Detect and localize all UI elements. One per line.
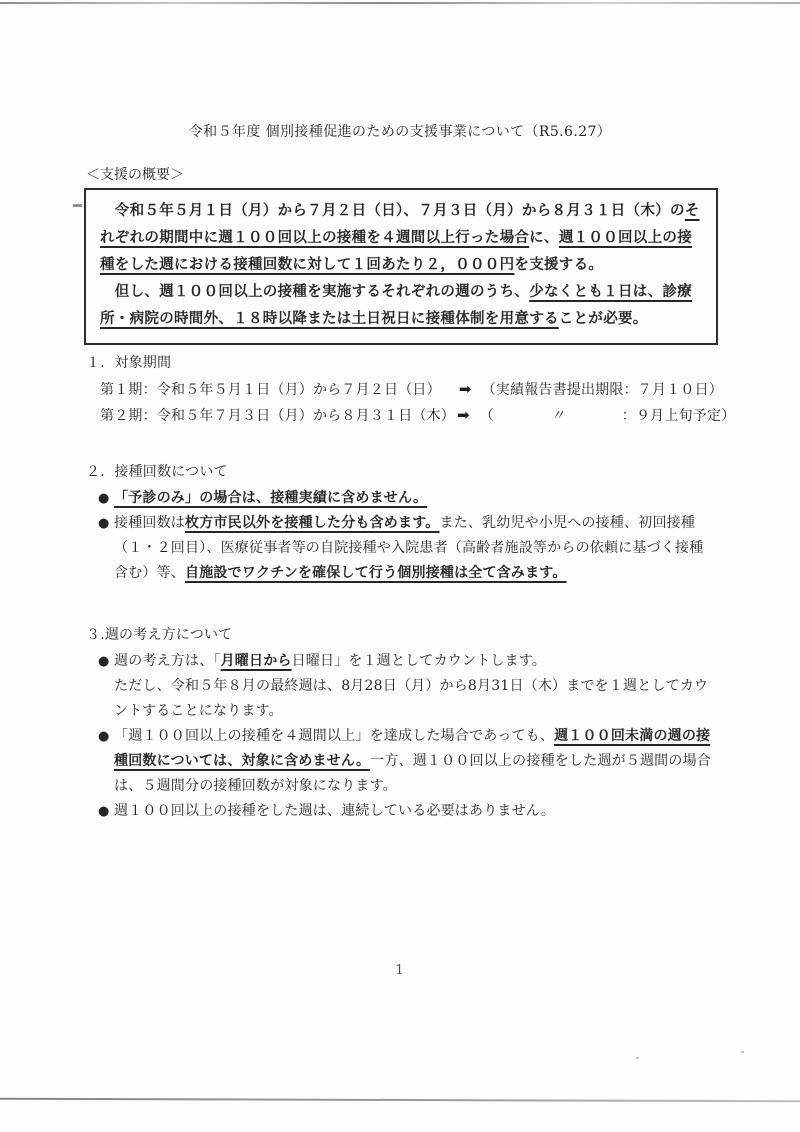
bullet-icon: ● bbox=[98, 649, 110, 674]
period-1-range: 第１期：令和５年５月１日（月）から７月２日（日） bbox=[100, 382, 441, 398]
bullet-text: 週の考え方は、「 bbox=[114, 653, 221, 669]
section-week-definition: ３.週の考え方について ●週の考え方は、「月曜日から日曜日」を１週としてカウント… bbox=[86, 623, 716, 824]
period-1-deadline: （実績報告書提出期限：７月１０日） bbox=[482, 382, 723, 398]
list-item: ●「週１００回以上の接種を４週間以上」を達成した場合であっても、週１００回未満の… bbox=[99, 724, 716, 799]
bullet-continuation-text: ただし、令和５年８月の最終週は、8月28日（月）から8月31日（木）までを１週と… bbox=[114, 674, 716, 724]
period-line-1: 第１期：令和５年５月１日（月）から７月２日（日）➡（実績報告書提出期限：７月１０… bbox=[86, 377, 716, 403]
section-1-heading: １．対象期間 bbox=[86, 351, 716, 376]
overview-paragraph-2: 但し、週１００回以上の接種を実施するそれぞれの週のうち、少なくとも１日は、診療所… bbox=[100, 278, 702, 332]
section-vaccination-counts: ２．接種回数について ●「予診のみ」の場合は、接種実績に含めません。 ●接種回数… bbox=[86, 460, 716, 586]
overview-text: 令和５年５月１日（月）から７月２日（日）、７月３日（月）から８月３１日（木）の bbox=[100, 202, 685, 219]
overview-text: を支援する。 bbox=[514, 256, 603, 273]
bullet-list: ●「予診のみ」の場合は、接種実績に含めません。 ●接種回数は枚方市民以外を接種し… bbox=[86, 486, 716, 586]
scan-speck bbox=[741, 1051, 744, 1053]
bullet-text: 週１００回以上の接種をした週は、連続している必要はありません。 bbox=[114, 803, 555, 819]
section-3-heading: ３.週の考え方について bbox=[86, 623, 716, 648]
period-line-2: 第２期：令和５年７月３日（月）から８月３１日（木）➡（ 〃 ：９月上旬予定） bbox=[86, 403, 716, 429]
scan-artifact-dash bbox=[73, 204, 82, 207]
arrow-right-icon: ➡ bbox=[459, 380, 472, 398]
list-item: ●週の考え方は、「月曜日から日曜日」を１週としてカウントします。ただし、令和５年… bbox=[99, 649, 716, 724]
overview-paragraph-1: 令和５年５月１日（月）から７月２日（日）、７月３日（月）から８月３１日（木）のそ… bbox=[100, 197, 702, 278]
bullet-text-underlined: 月曜日から bbox=[221, 653, 292, 669]
period-2-deadline-open: （ bbox=[480, 408, 551, 424]
overview-section-label: ＜支援の概要＞ bbox=[86, 164, 184, 184]
scan-edge-bottom bbox=[0, 1098, 800, 1103]
period-2-range: 第２期：令和５年７月３日（月）から８月３１日（木） bbox=[100, 408, 455, 424]
overview-box: 令和５年５月１日（月）から７月２日（日）、７月３日（月）から８月３１日（木）のそ… bbox=[84, 188, 718, 345]
section-2-heading: ２．接種回数について bbox=[86, 460, 716, 485]
bullet-text-underlined: 「予診のみ」の場合は、接種実績に含めません。 bbox=[114, 490, 427, 506]
overview-text: ことが必要。 bbox=[559, 310, 648, 327]
list-item: ●「予診のみ」の場合は、接種実績に含めません。 bbox=[99, 486, 716, 511]
scan-edge-top bbox=[0, 2, 800, 4]
document-title: 令和５年度 個別接種促進のための支援事業について（R5.6.27） bbox=[0, 121, 800, 141]
bullet-icon: ● bbox=[98, 511, 110, 536]
arrow-right-icon: ➡ bbox=[457, 406, 470, 424]
period-2-deadline-close: ：９月上旬予定） bbox=[565, 408, 735, 424]
bullet-icon: ● bbox=[98, 724, 110, 749]
bullet-text-underlined: 自施設でワクチンを確保して行う個別接種は全て含みます。 bbox=[185, 565, 567, 581]
section-target-period: １．対象期間 第１期：令和５年５月１日（月）から７月２日（日）➡（実績報告書提出… bbox=[86, 351, 716, 429]
list-item: ●週１００回以上の接種をした週は、連続している必要はありません。 bbox=[99, 799, 716, 824]
overview-text: に、 bbox=[529, 229, 559, 246]
page-number: 1 bbox=[0, 963, 800, 978]
bullet-text: 「週１００回以上の接種を４週間以上」を達成した場合であっても、 bbox=[114, 728, 554, 744]
bullet-list: ●週の考え方は、「月曜日から日曜日」を１週としてカウントします。ただし、令和５年… bbox=[86, 649, 716, 824]
scan-speck bbox=[636, 1057, 639, 1059]
bullet-text: 日曜日」を１週としてカウントします。 bbox=[292, 653, 546, 669]
bullet-icon: ● bbox=[98, 799, 110, 824]
bullet-text-underlined: 枚方市民以外を接種した分も含めます。 bbox=[185, 515, 439, 531]
overview-text: 但し、週１００回以上の接種を実施するそれぞれの週のうち、 bbox=[100, 283, 529, 300]
list-item: ●接種回数は枚方市民以外を接種した分も含めます。また、乳幼児や小児への接種、初回… bbox=[99, 511, 716, 586]
bullet-text: 接種回数は bbox=[114, 515, 185, 531]
ditto-mark: 〃 bbox=[551, 408, 565, 424]
bullet-icon: ● bbox=[98, 486, 110, 511]
document-page: 令和５年度 個別接種促進のための支援事業について（R5.6.27） ＜支援の概要… bbox=[0, 0, 800, 1132]
